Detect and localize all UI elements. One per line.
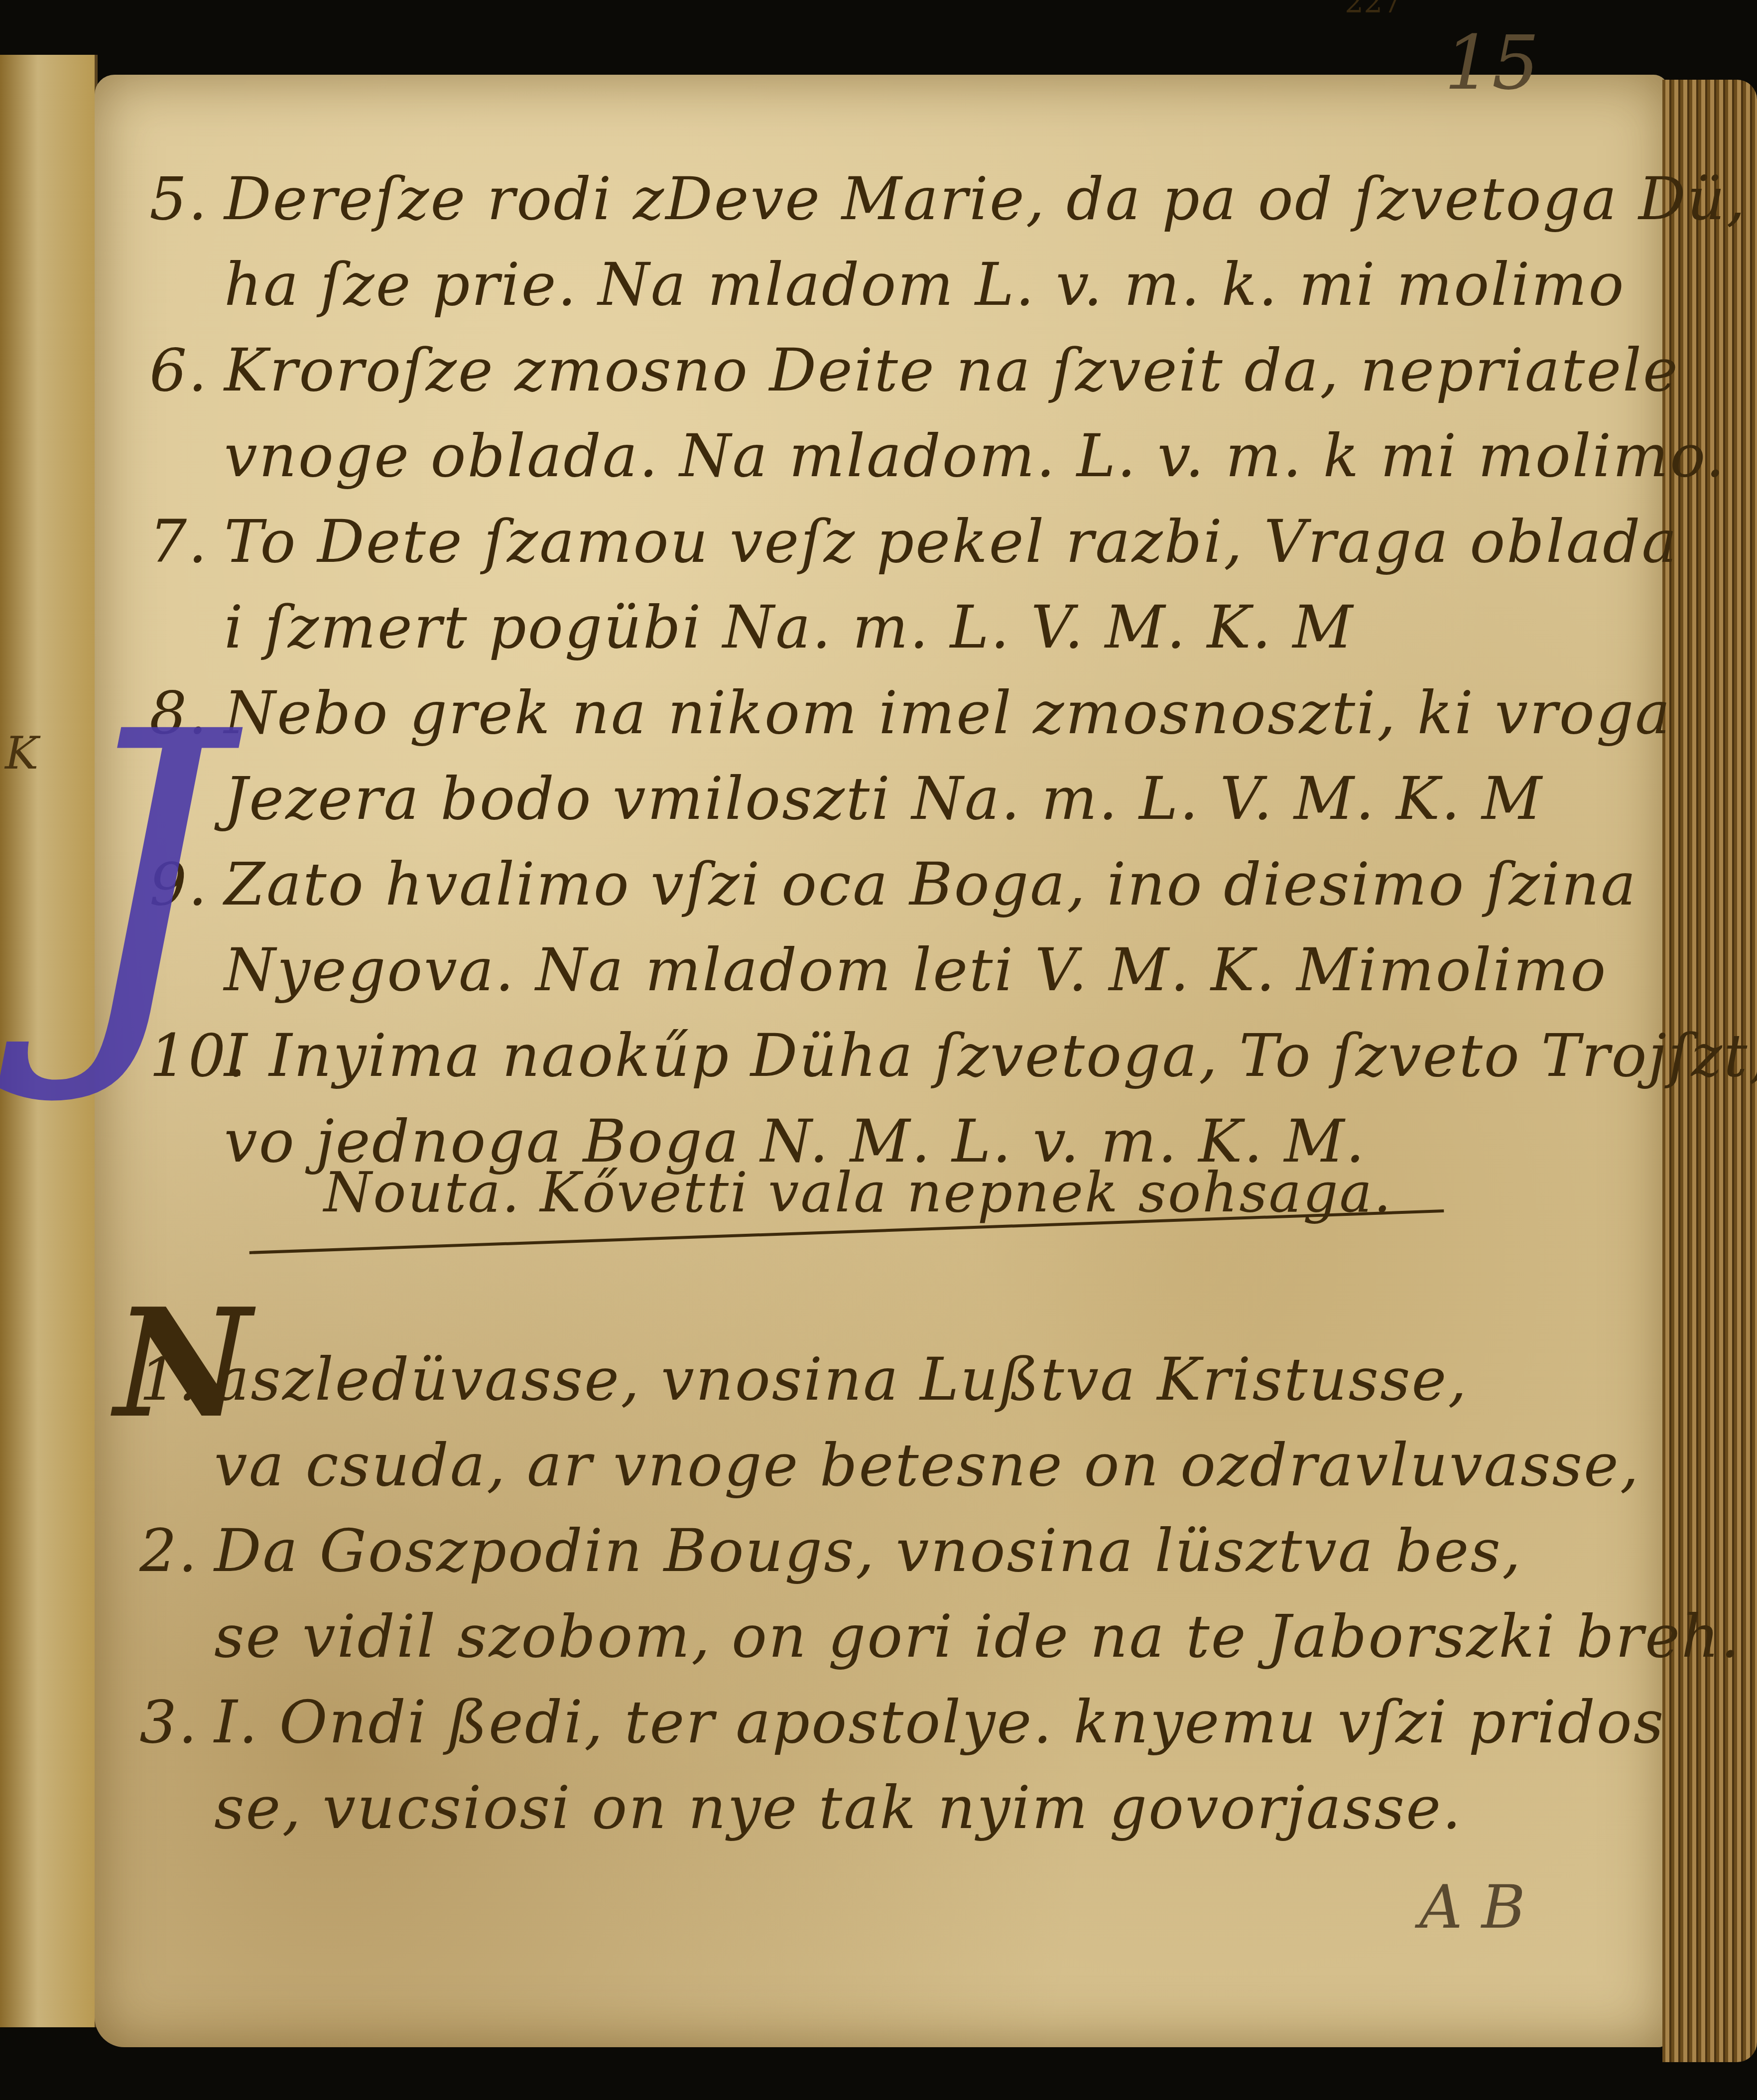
verse-number: 1. [139,1345,199,1414]
verse-line: se vidil szobom, on gori ide na te Jabor… [214,1602,1741,1671]
verse-number: 6. [149,336,209,404]
purple-annotation-mark: J [65,648,225,1112]
verse-number: 5. [149,164,209,233]
verse-number: 3. [139,1688,199,1756]
verse-line: Zato hvalimo vſzi oca Boga, ino diesimo … [224,850,1637,919]
verse-line: se, vucsiosi on nye tak nyim govorjasse. [214,1773,1463,1842]
verse-number: 2. [139,1516,199,1585]
verse-line: i ſzmert pogübi Na. m. L. V. M. K. M [224,593,1354,661]
section-heading: Nouta. Kővetti vala nepnek sohsaga. [324,1161,1392,1224]
verse-number: 7. [149,507,209,576]
verse-line: vnoge oblada. Na mladom. L. v. m. k mi m… [224,421,1726,490]
verse-line: Da Goszpodin Bougs, vnosina lüsztva bes, [214,1516,1522,1585]
verse-line: Kroroſze zmosno Deite na ſzveit da, nepr… [224,336,1679,404]
verse-line: Dereſze rodi zDeve Marie, da pa od ſzvet… [224,164,1747,233]
verse-line: To Dete ſzamou veſz pekel razbi, Vraga o… [224,507,1678,576]
verse-line: I. Ondi ßedi, ter apostolye. knyemu vſzi… [214,1688,1665,1756]
verse-line: Nebo grek na nikom imel zmosnoszti, ki v… [224,678,1672,747]
verse-line: va csuda, ar vnoge betesne on ozdravluva… [214,1431,1640,1499]
verse-line: aszledüvasse, vnosina Lußtva Kristusse, [214,1345,1468,1414]
corner-mark: A B [1419,1873,1525,1942]
verse-line: Nyegova. Na mladom leti V. M. K. Mimolim… [224,935,1607,1004]
folio-number: 15 [1444,20,1539,107]
verse-line: ha ſze prie. Na mladom L. v. m. k. mi mo… [224,250,1626,319]
verse-line: Jezera bodo vmiloszti Na. m. L. V. M. K.… [224,764,1543,833]
top-mark: 227 [1345,0,1402,20]
left-page-fragment: K [5,727,38,780]
verse-line: I Inyima naokűp Düha ſzvetoga, To ſzveto… [224,1021,1757,1090]
